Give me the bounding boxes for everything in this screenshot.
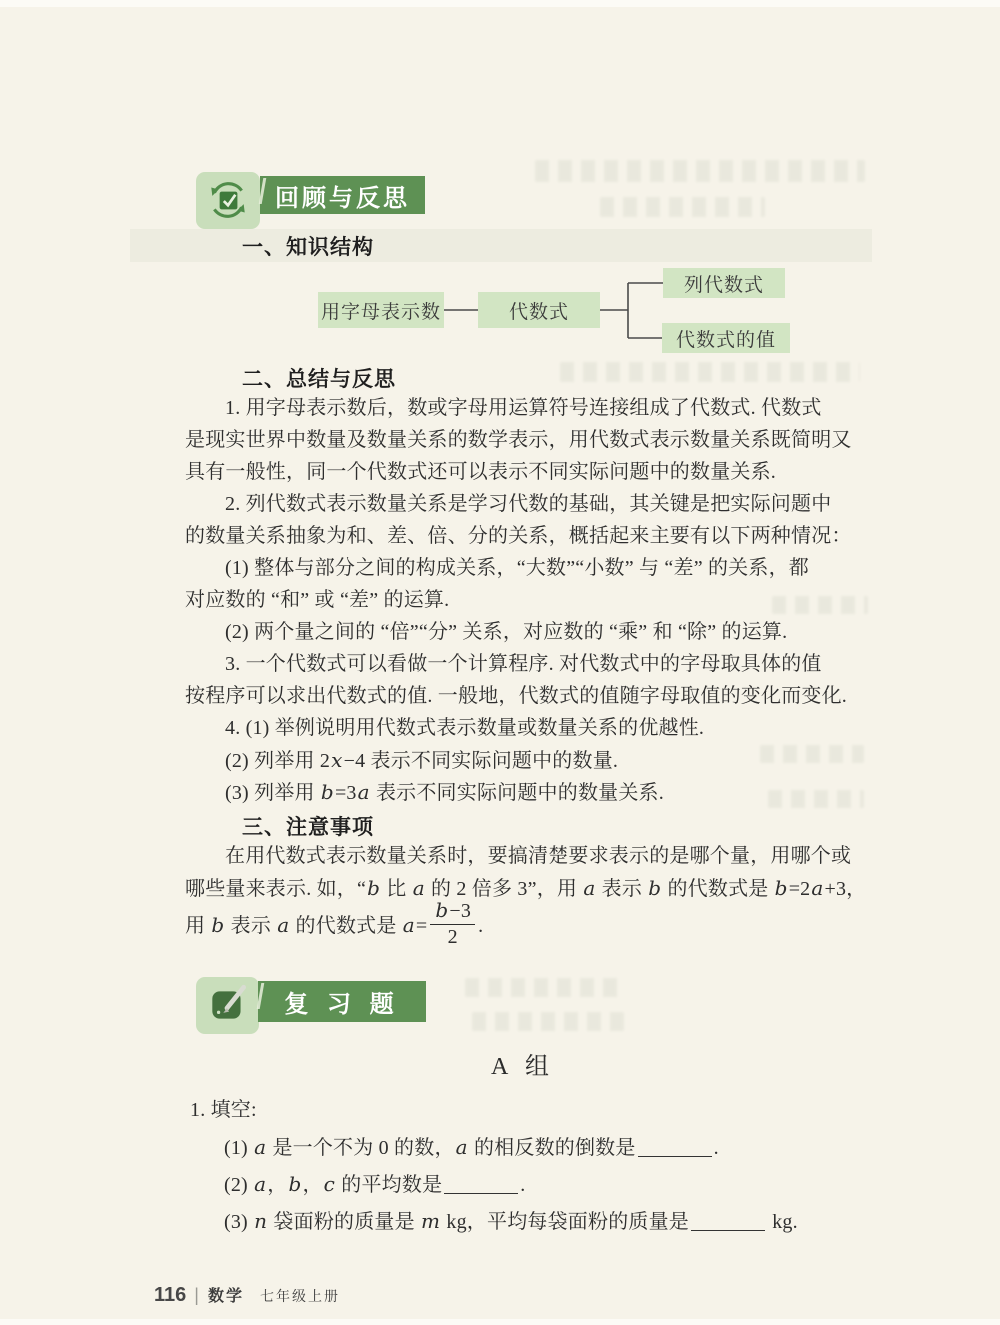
review-section-badge: 回顾与反思	[260, 176, 425, 214]
math-variable: c	[323, 1172, 336, 1196]
text-segment: 袋面粉的质量是	[268, 1211, 420, 1233]
text-segment: (1) 整体与部分之间的构成关系，“大数”“小数” 与 “差” 的关系，都	[225, 557, 809, 579]
summary-line-2: 是现实世界中数量及数量关系的数学表示，用代数式表示数量关系既简明又	[185, 427, 852, 454]
page-bleedthrough	[560, 362, 860, 382]
page-bleedthrough	[768, 790, 864, 808]
text-segment: =	[416, 915, 427, 937]
formula-suffix: .	[478, 915, 483, 937]
scan-edge-top	[0, 0, 1000, 7]
math-variable: a	[253, 1172, 267, 1196]
text-segment: (2) 两个量之间的 “倍”“分” 关系，对应数的 “乘” 和 “除” 的运算.	[225, 621, 787, 643]
summary-line-9: 3. 一个代数式可以看做一个计算程序. 对代数式中的字母取具体的值	[225, 651, 822, 678]
text-segment: 对应数的 “和” 或 “差” 的运算.	[185, 589, 449, 611]
fraction-numerator: b−3	[430, 899, 475, 925]
summary-line-8: (2) 两个量之间的 “倍”“分” 关系，对应数的 “乘” 和 “除” 的运算.	[225, 619, 787, 646]
math-variable: b	[774, 876, 789, 900]
formula-line: 用 b 表示 a 的代数式是 a=b−32.	[185, 901, 483, 952]
diagram-node-algebraic-expression: 代数式	[478, 292, 600, 328]
exercises-badge-icon-box	[196, 977, 259, 1034]
summary-line-5: 的数量关系抽象为和、差、倍、分的关系，概括起来主要有以下两种情况：	[185, 523, 852, 550]
math-variable: n	[253, 1209, 268, 1233]
summary-line-7: 对应数的 “和” 或 “差” 的运算.	[185, 587, 449, 614]
text-segment: ，	[267, 1174, 287, 1196]
math-variable: b	[210, 913, 225, 937]
page-bleedthrough	[760, 745, 864, 763]
text-segment: 是一个不为 0 的数，	[267, 1137, 454, 1159]
text-segment: 用	[185, 915, 210, 937]
pencil-pad-icon	[205, 982, 251, 1028]
math-variable: a	[455, 1135, 469, 1159]
text-segment: 的代数式是	[662, 878, 773, 900]
exercise-1-item-2: (2) a，b，c 的平均数是.	[224, 1171, 525, 1199]
math-variable: a	[412, 876, 426, 900]
page-number: 116	[154, 1284, 186, 1307]
formula-prefix: 用 b 表示 a 的代数式是 a=	[185, 915, 427, 937]
math-variable: a	[582, 876, 596, 900]
summary-line-13: (3) 列举用 b=3a 表示不同实际问题中的数量关系.	[225, 779, 664, 807]
text-segment: 2. 列代数式表示数量关系是学习代数的基础，其关键是把实际问题中	[225, 493, 831, 515]
text-segment: 比	[381, 878, 412, 900]
text-segment: −3	[449, 900, 471, 922]
math-variable: x	[330, 748, 343, 772]
math-variable: b	[287, 1172, 302, 1196]
math-variable: a	[253, 1135, 267, 1159]
summary-line-6: (1) 整体与部分之间的构成关系，“大数”“小数” 与 “差” 的关系，都	[225, 555, 809, 582]
summary-line-10: 按程序可以求出代数式的值. 一般地，代数式的值随字母取值的变化而变化.	[185, 683, 847, 710]
text-segment: 的 2 倍多 3”，用	[426, 878, 582, 900]
clipboard-check-cycle-icon	[205, 177, 251, 223]
page-bleedthrough	[600, 197, 765, 217]
page-bleedthrough	[472, 1012, 624, 1031]
text-segment: 表示不同实际问题中的数量关系.	[371, 782, 664, 804]
math-variable: b	[366, 876, 381, 900]
text-segment: 表示	[596, 878, 647, 900]
text-segment: 在用代数式表示数量关系时，要搞清楚要求表示的是哪个量，用哪个或	[225, 845, 851, 867]
page-bleedthrough	[465, 978, 625, 997]
text-segment: .	[520, 1174, 525, 1196]
text-segment: =3	[335, 782, 357, 804]
text-segment: 的平均数是	[336, 1174, 442, 1196]
fill-in-blank	[691, 1230, 765, 1231]
text-segment: (2)	[224, 1174, 253, 1196]
text-segment: (2) 列举用 2	[225, 750, 330, 772]
summary-heading: 二、总结与反思	[242, 363, 396, 393]
notes-line-2: 哪些量来表示. 如，“b 比 a 的 2 倍多 3”，用 a 表示 b 的代数式…	[185, 875, 866, 903]
text-segment: 表示	[225, 915, 276, 937]
exercise-1-item-1: (1) a 是一个不为 0 的数，a 的相反数的倒数是.	[224, 1134, 719, 1162]
text-segment: ，	[302, 1174, 322, 1196]
text-segment: (3)	[224, 1211, 253, 1233]
text-segment: 的相反数的倒数是	[469, 1137, 636, 1159]
summary-line-1: 1. 用字母表示数后，数或字母用运算符号连接组成了代数式. 代数式	[225, 395, 822, 422]
scan-edge-bottom	[0, 1319, 1000, 1325]
text-segment: 的代数式是	[290, 915, 401, 937]
exercises-section-badge: 复 习 题	[258, 981, 426, 1022]
text-segment: 按程序可以求出代数式的值. 一般地，代数式的值随字母取值的变化而变化.	[185, 685, 847, 707]
text-segment: (3) 列举用	[225, 782, 320, 804]
page-bleedthrough	[535, 160, 865, 182]
exercise-1-title: 1. 填空:	[190, 1097, 257, 1124]
text-segment: +3，	[825, 878, 867, 900]
page-bleedthrough	[772, 596, 868, 614]
text-segment: 的数量关系抽象为和、差、倍、分的关系，概括起来主要有以下两种情况：	[185, 525, 852, 547]
text-segment: =2	[789, 878, 811, 900]
diagram-node-write-expression: 列代数式	[663, 268, 785, 298]
summary-line-3: 具有一般性，同一个代数式还可以表示不同实际问题中的数量关系.	[185, 459, 776, 486]
math-variable: b	[647, 876, 662, 900]
text-segment: .	[714, 1137, 719, 1159]
text-segment: 是现实世界中数量及数量关系的数学表示，用代数式表示数量关系既简明又	[185, 429, 852, 451]
diagram-node-expression-value: 代数式的值	[662, 323, 790, 353]
math-variable: b	[434, 898, 449, 922]
fill-in-blank	[444, 1193, 518, 1194]
text-segment: 3. 一个代数式可以看做一个计算程序. 对代数式中的字母取具体的值	[225, 653, 822, 675]
exercise-1-item-3: (3) n 袋面粉的质量是 m kg，平均每袋面粉的质量是 kg.	[224, 1208, 798, 1236]
footer-divider: |	[194, 1285, 199, 1306]
notes-line-1: 在用代数式表示数量关系时，要搞清楚要求表示的是哪个量，用哪个或	[225, 843, 851, 870]
fraction-denominator: 2	[430, 925, 475, 949]
text-segment: −4 表示不同实际问题中的数量.	[344, 750, 618, 772]
text-segment: kg.	[767, 1211, 798, 1233]
fraction: b−32	[430, 899, 475, 949]
page-footer: 116 | 数学 七年级上册	[154, 1283, 340, 1307]
diagram-node-use-letters: 用字母表示数	[318, 292, 444, 328]
math-variable: a	[357, 780, 371, 804]
text-segment: 哪些量来表示. 如，“	[185, 878, 366, 900]
summary-line-4: 2. 列代数式表示数量关系是学习代数的基础，其关键是把实际问题中	[225, 491, 831, 518]
group-a-label: A 组	[185, 1046, 861, 1081]
text-segment: 1. 填空:	[190, 1099, 257, 1121]
text-segment: kg，平均每袋面粉的质量是	[441, 1211, 689, 1233]
knowledge-heading: 一、知识结构	[242, 231, 374, 261]
summary-line-12: (2) 列举用 2x−4 表示不同实际问题中的数量.	[225, 747, 618, 775]
review-badge-icon-box	[196, 172, 260, 229]
summary-line-11: 4. (1) 举例说明用代数式表示数量或数量关系的优越性.	[225, 715, 704, 742]
text-segment: 1. 用字母表示数后，数或字母用运算符号连接组成了代数式. 代数式	[225, 397, 822, 419]
text-segment: 4. (1) 举例说明用代数式表示数量或数量关系的优越性.	[225, 717, 704, 739]
math-variable: a	[810, 876, 824, 900]
text-segment: (1)	[224, 1137, 253, 1159]
footer-subject: 数学	[208, 1283, 244, 1306]
math-variable: a	[276, 913, 290, 937]
math-variable: m	[420, 1209, 441, 1233]
footer-volume: 七年级上册	[260, 1286, 340, 1306]
fill-in-blank	[638, 1156, 712, 1157]
notes-heading: 三、注意事项	[242, 811, 374, 841]
math-variable: a	[402, 913, 416, 937]
math-variable: b	[320, 780, 335, 804]
text-segment: 具有一般性，同一个代数式还可以表示不同实际问题中的数量关系.	[185, 461, 776, 483]
